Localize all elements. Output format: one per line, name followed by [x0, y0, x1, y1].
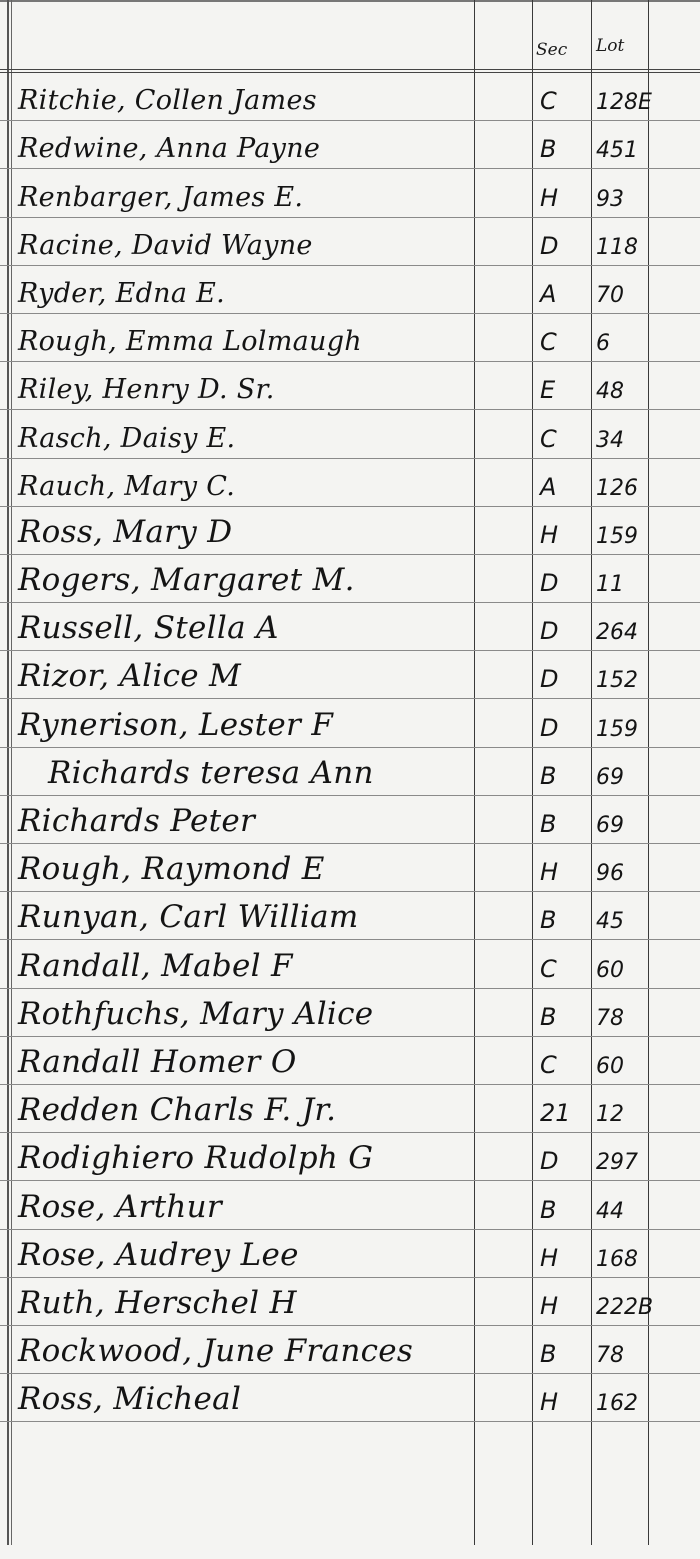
entry-section: B	[536, 135, 592, 163]
entry-section: C	[536, 1051, 592, 1079]
entry-name: Ross, Micheal	[18, 1381, 241, 1417]
entry-name: Redwine, Anna Payne	[18, 133, 320, 164]
entry-lot: 45	[596, 909, 624, 934]
entry-name: Russell, Stella A	[18, 610, 279, 646]
table-row: Richards teresa AnnB69	[0, 748, 700, 796]
entry-lot: 162	[596, 1391, 638, 1416]
table-row: Rasch, Daisy E.C34	[0, 410, 700, 458]
entry-lot: 11	[596, 572, 624, 597]
entry-name: Randall Homer O	[18, 1044, 297, 1080]
entry-lot: 168	[596, 1247, 638, 1272]
entry-section: B	[536, 1340, 592, 1368]
entry-lot: 12	[596, 1102, 624, 1127]
entry-section: B	[536, 810, 592, 838]
entry-lot: 93	[596, 187, 624, 212]
entry-name: Riley, Henry D. Sr.	[18, 374, 275, 405]
table-row: Rauch, Mary C.A126	[0, 459, 700, 507]
entry-name: Rizor, Alice M	[18, 658, 241, 694]
table-row: Renbarger, James E.H93	[0, 169, 700, 217]
entry-section: H	[536, 858, 592, 886]
entry-lot: 96	[596, 861, 624, 886]
entry-lot: 159	[596, 524, 638, 549]
table-row: Runyan, Carl WilliamB45	[0, 892, 700, 940]
table-row: Ritchie, Collen JamesC128E	[0, 73, 700, 121]
entry-name: Rauch, Mary C.	[18, 471, 235, 502]
table-row: Rough, Raymond EH96	[0, 844, 700, 892]
entry-section: D	[536, 232, 592, 260]
entry-section: D	[536, 617, 592, 645]
entry-lot: 78	[596, 1343, 624, 1368]
entry-name: Richards teresa Ann	[48, 755, 374, 791]
entry-lot: 6	[596, 331, 610, 356]
entry-section: H	[536, 521, 592, 549]
header-rule-top	[0, 69, 700, 70]
table-row: Ross, MichealH162	[0, 1374, 700, 1422]
entry-section: C	[536, 87, 592, 115]
entry-section: A	[536, 280, 592, 308]
entry-name: Rough, Raymond E	[18, 851, 325, 887]
table-row: Rizor, Alice MD152	[0, 651, 700, 699]
table-row: Ross, Mary DH159	[0, 507, 700, 555]
entry-section: D	[536, 569, 592, 597]
entry-lot: 264	[596, 620, 638, 645]
table-row: Rodighiero Rudolph GD297	[0, 1133, 700, 1181]
entry-section: C	[536, 328, 592, 356]
entry-name: Rose, Arthur	[18, 1189, 222, 1225]
entry-section: C	[536, 955, 592, 983]
entry-name: Richards Peter	[18, 803, 255, 839]
table-row: Redden Charls F. Jr.2112	[0, 1085, 700, 1133]
entry-name: Rockwood, June Frances	[18, 1333, 413, 1369]
table-row: Randall Homer OC60	[0, 1037, 700, 1085]
entry-lot: 34	[596, 428, 624, 453]
entry-section: 21	[536, 1099, 592, 1127]
entry-lot: 126	[596, 476, 638, 501]
table-row: Rose, ArthurB44	[0, 1181, 700, 1229]
entry-section: C	[536, 425, 592, 453]
entry-name: Rogers, Margaret M.	[18, 562, 355, 598]
entry-lot: 69	[596, 813, 624, 838]
entry-lot: 222B	[596, 1295, 653, 1320]
entry-section: B	[536, 762, 592, 790]
entry-section: B	[536, 1003, 592, 1031]
entry-section: A	[536, 473, 592, 501]
entry-name: Ross, Mary D	[18, 514, 232, 550]
entry-name: Rasch, Daisy E.	[18, 423, 235, 454]
entry-lot: 48	[596, 379, 624, 404]
entry-lot: 60	[596, 958, 624, 983]
table-row: Richards PeterB69	[0, 796, 700, 844]
entry-lot: 60	[596, 1054, 624, 1079]
entry-name: Renbarger, James E.	[18, 182, 303, 213]
entry-lot: 69	[596, 765, 624, 790]
top-border	[0, 0, 700, 2]
entry-name: Rough, Emma Lolmaugh	[18, 326, 362, 357]
entry-name: Racine, David Wayne	[18, 230, 313, 261]
table-row: Randall, Mabel FC60	[0, 940, 700, 988]
entry-name: Rodighiero Rudolph G	[18, 1140, 373, 1176]
entry-section: H	[536, 184, 592, 212]
entry-lot: 44	[596, 1199, 624, 1224]
entry-section: D	[536, 665, 592, 693]
table-row: Russell, Stella AD264	[0, 603, 700, 651]
entry-section: H	[536, 1244, 592, 1272]
entry-name: Rothfuchs, Mary Alice	[18, 996, 373, 1032]
entry-lot: 159	[596, 717, 638, 742]
ledger-page: Sec Lot Ritchie, Collen JamesC128ERedwin…	[0, 0, 700, 1559]
entry-name: Ruth, Herschel H	[18, 1285, 297, 1321]
entry-section: D	[536, 714, 592, 742]
entry-section: B	[536, 1196, 592, 1224]
entry-lot: 70	[596, 283, 624, 308]
table-row: Redwine, Anna PayneB451	[0, 121, 700, 169]
entry-name: Ritchie, Collen James	[18, 85, 317, 116]
entry-lot: 297	[596, 1150, 638, 1175]
entry-lot: 128E	[596, 90, 652, 115]
entry-section: H	[536, 1292, 592, 1320]
lot-column-header: Lot	[596, 36, 624, 56]
entry-lot: 118	[596, 235, 638, 260]
entry-name: Randall, Mabel F	[18, 948, 293, 984]
entry-lot: 152	[596, 668, 638, 693]
table-row: Riley, Henry D. Sr.E48	[0, 362, 700, 410]
entry-name: Runyan, Carl William	[18, 899, 359, 935]
entry-section: H	[536, 1388, 592, 1416]
entry-lot: 451	[596, 138, 638, 163]
entry-section: D	[536, 1147, 592, 1175]
section-column-header: Sec	[536, 40, 567, 60]
entry-name: Redden Charls F. Jr.	[18, 1092, 336, 1128]
table-row: Rockwood, June FrancesB78	[0, 1326, 700, 1374]
table-row: Ryder, Edna E.A70	[0, 266, 700, 314]
table-row: Rynerison, Lester FD159	[0, 699, 700, 747]
table-row: Rose, Audrey LeeH168	[0, 1230, 700, 1278]
entry-name: Rynerison, Lester F	[18, 707, 333, 743]
entry-name: Rose, Audrey Lee	[18, 1237, 299, 1273]
table-row: Ruth, Herschel HH222B	[0, 1278, 700, 1326]
table-row: Rogers, Margaret M.D11	[0, 555, 700, 603]
table-row: Racine, David WayneD118	[0, 218, 700, 266]
entry-section: B	[536, 906, 592, 934]
entry-section: E	[536, 376, 592, 404]
table-row: Rothfuchs, Mary AliceB78	[0, 989, 700, 1037]
entry-lot: 78	[596, 1006, 624, 1031]
table-row: Rough, Emma LolmaughC6	[0, 314, 700, 362]
entry-name: Ryder, Edna E.	[18, 278, 225, 309]
entries-list: Ritchie, Collen JamesC128ERedwine, Anna …	[0, 73, 700, 1422]
